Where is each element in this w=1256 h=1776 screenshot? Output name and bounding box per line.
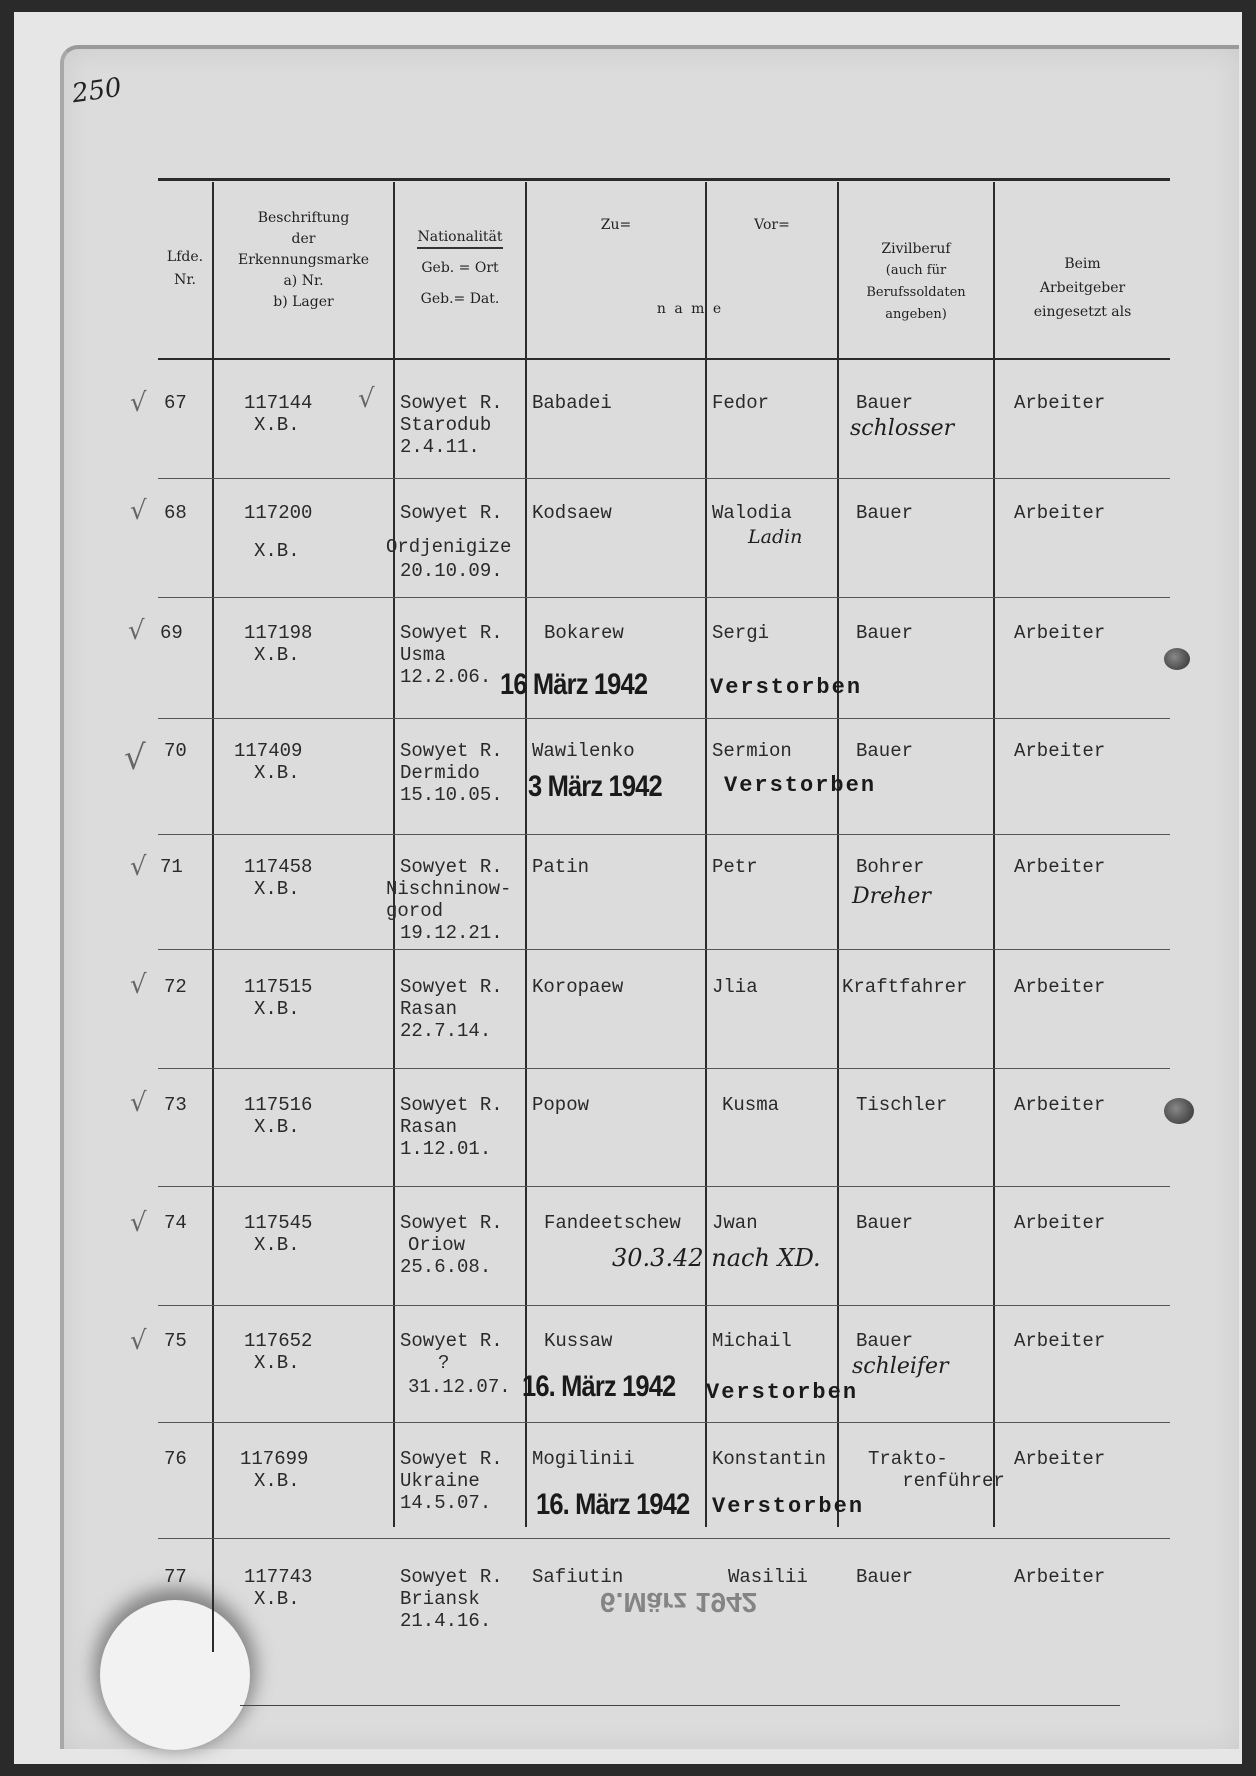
header-text: angeben) [839,304,993,326]
eingesetzt-als: Arbeiter [1014,1566,1105,1588]
vorname: Kusma [722,1094,779,1116]
row-rule [158,1538,1170,1539]
lfd-nr: 76 [164,1448,187,1470]
eingesetzt-als: Arbeiter [1014,392,1105,414]
nationalitaet: Sowyet R. [400,1212,503,1234]
lager: X.B. [254,1352,300,1374]
nationalitaet: Sowyet R. [400,392,503,414]
check-mark: √ [130,1208,147,1238]
zivilberuf: Bauer [856,740,913,762]
lager: X.B. [254,998,300,1020]
nationalitaet: Sowyet R. [400,1566,503,1588]
marke-nr: 117458 [244,856,312,878]
header-text: Berufssoldaten [839,282,993,304]
geb-dat: 1.12.01. [400,1138,491,1160]
zuname: Koropaew [532,976,623,998]
lager: X.B. [254,878,300,900]
zivilberuf: Bauer [856,1566,913,1588]
vorname: Jlia [712,976,758,998]
header-text: Arbeitgeber [995,276,1170,300]
column-divider [525,182,527,1527]
marke-nr: 117515 [244,976,312,998]
column-divider [837,182,839,1527]
header-text: Zivilberuf [839,238,993,260]
lager: X.B. [254,762,300,784]
header-text: Nationalität [417,229,502,249]
geb-ort: Usma [400,644,446,666]
geb-ort: Rasan [400,998,457,1020]
death-date-stamp: 16 März 1942 [500,668,647,702]
row-rule [158,1186,1170,1187]
vorname: Sermion [712,740,792,762]
geb-dat: 15.10.05. [400,784,503,806]
geb-ort: ? [438,1352,449,1374]
death-date-stamp: 16. März 1942 [536,1488,689,1522]
lager: X.B. [254,1588,300,1610]
geb-dat: 20.10.09. [400,560,503,582]
header-zuname: Zu= [527,214,705,237]
lfd-nr: 77 [164,1566,187,1588]
vorname: Jwan [712,1212,758,1234]
punch-hole-large [100,1600,250,1750]
check-mark: √ [358,384,375,414]
header-text: Geb.= Dat. [395,284,525,315]
eingesetzt-als: Arbeiter [1014,1448,1105,1470]
header-text: eingesetzt als [995,300,1170,324]
header-text: Geb. = Ort [395,253,525,284]
zuname: Bokarew [544,622,624,644]
zivilberuf: Bauer [856,502,913,524]
death-status-stamp: Verstorben [712,1494,864,1519]
header-name: n a m e [640,298,740,321]
marke-nr: 117200 [244,502,312,524]
header-nationalitaet: Nationalität Geb. = Ort Geb.= Dat. [395,222,525,315]
vorname: Fedor [712,392,769,414]
lager: X.B. [254,1234,300,1256]
marke-nr: 117409 [234,740,302,762]
zivilberuf: Bauer [856,1212,913,1234]
nationalitaet: Sowyet R. [400,1330,503,1352]
zivilberuf: Trakto- renführer [868,1448,1005,1492]
geb-ort: Starodub [400,414,491,436]
header-text: Nr. [158,269,212,292]
nationalitaet: Sowyet R. [400,502,503,524]
punch-hole [1164,1098,1194,1124]
geb-ort: Ukraine [400,1470,480,1492]
lfd-nr: 68 [164,502,187,524]
vorname: Michail [712,1330,792,1352]
zivilberuf: Kraftfahrer [842,976,967,998]
eingesetzt-als: Arbeiter [1014,976,1105,998]
handwritten-note: schlosser [850,416,954,441]
check-mark: √ [130,388,147,418]
death-status-stamp: Verstorben [724,773,876,798]
geb-ort: Briansk [400,1588,480,1610]
check-mark: √ [124,738,146,778]
geb-ort: Nischninow- gorod [386,878,511,922]
eingesetzt-als: Arbeiter [1014,622,1105,644]
column-divider [212,182,214,1652]
nationalitaet: Sowyet R. [400,1094,503,1116]
check-mark: √ [130,1326,147,1356]
vorname: Wasilii [728,1566,808,1588]
zivilberuf: Bauer [856,622,913,644]
zivilberuf: Bohrer [856,856,924,878]
lfd-nr: 72 [164,976,187,998]
lfd-nr: 74 [164,1212,187,1234]
header-text: Beim [995,252,1170,276]
header-text: Beschriftung [214,208,393,229]
vorname: Sergi [712,622,769,644]
zuname: Babadei [532,392,612,414]
marke-nr: 117516 [244,1094,312,1116]
vorname: Konstantin [712,1448,826,1470]
header-zivilberuf: Zivilberuf (auch für Berufssoldaten ange… [839,238,993,326]
handwritten-note: Dreher [852,884,931,909]
nationalitaet: Sowyet R. [400,976,503,998]
header-text: der [214,229,393,250]
nationalitaet: Sowyet R. [400,622,503,644]
zuname: Fandeetschew [544,1212,681,1234]
geb-dat: 21.4.16. [400,1610,491,1632]
handwritten-note: schleifer [852,1354,949,1379]
header-arbeitgeber: Beim Arbeitgeber eingesetzt als [995,252,1170,324]
geb-dat: 2.4.11. [400,436,480,458]
zuname: Safiutin [532,1566,623,1588]
geb-dat: 14.5.07. [400,1492,491,1514]
header-vorname: Vor= [707,214,837,237]
punch-hole [1164,648,1190,670]
marke-nr: 117545 [244,1212,312,1234]
marke-nr: 117652 [244,1330,312,1352]
row-rule [158,718,1170,719]
row-rule [158,1068,1170,1069]
zuname: Kussaw [544,1330,612,1352]
lager: X.B. [254,540,300,562]
eingesetzt-als: Arbeiter [1014,1094,1105,1116]
nationalitaet: Sowyet R. [400,740,503,762]
lfd-nr: 75 [164,1330,187,1352]
row-rule [158,1422,1170,1423]
death-date-stamp: 3 März 1942 [528,770,662,804]
row-rule [158,949,1170,950]
zivilberuf: Tischler [856,1094,947,1116]
eingesetzt-als: Arbeiter [1014,1212,1105,1234]
nationalitaet: Sowyet R. [400,856,503,878]
zivilberuf: Bauer [856,392,913,414]
column-divider [705,182,707,1527]
geb-dat: 31.12.07. [408,1376,511,1398]
header-text: Lfde. [158,246,212,269]
marke-nr: 117144 [244,392,312,414]
geb-ort: Oriow [408,1234,465,1256]
geb-dat: 22.7.14. [400,1020,491,1042]
row-rule [158,834,1170,835]
check-mark: √ [130,852,147,882]
lfd-nr: 70 [164,740,187,762]
zuname: Popow [532,1094,589,1116]
header-erkennungsmarke: Beschriftung der Erkennungsmarke a) Nr. … [214,208,393,313]
geb-dat: 12.2.06. [400,666,491,688]
marke-nr: 117198 [244,622,312,644]
header-bottom-rule [158,358,1170,360]
bottom-rule [240,1705,1120,1706]
handwritten-transfer-note: 30.3.42 nach XD. [612,1244,821,1272]
row-rule [158,478,1170,479]
header-text: (auch für [839,260,993,282]
lager: X.B. [254,1470,300,1492]
zivilberuf: Bauer [856,1330,913,1352]
header-text: a) Nr. [214,271,393,292]
row-rule [158,597,1170,598]
zuname: Wawilenko [532,740,635,762]
geb-ort: Ordjenigize [386,536,511,558]
column-divider [393,182,395,1527]
eingesetzt-als: Arbeiter [1014,1330,1105,1352]
marke-nr: 117699 [240,1448,308,1470]
header-text: Erkennungsmarke [214,250,393,271]
column-divider [993,182,995,1527]
lager: X.B. [254,1116,300,1138]
lager: X.B. [254,414,300,436]
table-top-rule [158,178,1170,181]
geb-dat: 19.12.21. [400,922,503,944]
eingesetzt-als: Arbeiter [1014,856,1105,878]
lfd-nr: 69 [160,622,183,644]
zuname: Patin [532,856,589,878]
header-text: b) Lager [214,292,393,313]
death-date-stamp: 16. März 1942 [522,1370,675,1404]
lfd-nr: 67 [164,392,187,414]
lfd-nr: 73 [164,1094,187,1116]
vorname: Petr [712,856,758,878]
eingesetzt-als: Arbeiter [1014,740,1105,762]
nationalitaet: Sowyet R. [400,1448,503,1470]
vorname: Walodia [712,502,792,524]
header-lfd-nr: Lfde. Nr. [158,246,212,292]
death-status-stamp: Verstorben [710,675,862,700]
lager: X.B. [254,644,300,666]
lfd-nr: 71 [160,856,183,878]
check-mark: √ [130,496,147,526]
marke-nr: 117743 [244,1566,312,1588]
row-rule [158,1305,1170,1306]
zuname: Kodsaew [532,502,612,524]
check-mark: √ [130,970,147,1000]
geb-ort: Rasan [400,1116,457,1138]
check-mark: √ [128,616,145,646]
check-mark: √ [130,1088,147,1118]
zuname: Mogilinii [532,1448,635,1470]
geb-dat: 25.6.08. [400,1256,491,1278]
handwritten-note: Ladin [748,526,802,548]
death-status-stamp: Verstorben [706,1380,858,1405]
mirrored-ghost-stamp: 6.März 1942 [600,1586,757,1618]
geb-ort: Dermido [400,762,480,784]
eingesetzt-als: Arbeiter [1014,502,1105,524]
